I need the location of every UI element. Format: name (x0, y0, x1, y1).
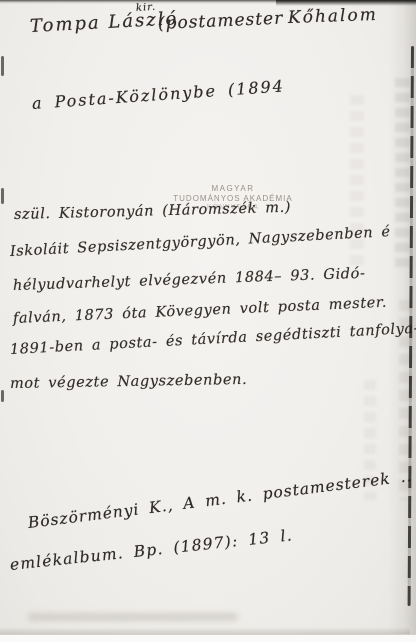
scan-edge-left-tick (1, 390, 4, 402)
occupation-text: (postamester (158, 9, 284, 34)
stamp-line-1: MAGYAR (148, 184, 318, 193)
citation-line: emlékalbum. Bp. (1897): 13 l. (9, 526, 294, 574)
scan-edge-left-tick (1, 188, 4, 204)
scanner-background (0, 634, 416, 642)
paper-smudge (28, 613, 238, 621)
body-line: szül. Kistoronyán (Háromszék m.) (14, 200, 291, 223)
scanned-card: Tompa László kir. (postamester Kőhalom a… (0, 0, 416, 634)
scan-edge-left-tick (1, 56, 4, 76)
body-line: hélyudvarhelyt elvégezvén 1884– 93. Gidó… (13, 266, 366, 294)
citation-line: Böszörményi K., A m. k. postamesterek .. (27, 467, 413, 532)
body-line: Iskoláit Sepsiszentgyörgyön, Nagyszebenb… (10, 224, 391, 260)
body-line: mot végezte Nagyszebenben. (10, 372, 248, 392)
bleedthrough-mark (364, 380, 376, 500)
body-line: 1891-ben a posta- és távírda segédtiszti… (10, 321, 416, 358)
body-line: falván, 1873 óta Kövegyen volt posta mes… (13, 295, 388, 327)
place-text: Kőhalom (288, 5, 378, 28)
scan-edge-top-right (276, 0, 416, 6)
source-line: a Posta-Közlönybe (1894 (31, 76, 285, 113)
bleedthrough-mark (350, 95, 364, 265)
